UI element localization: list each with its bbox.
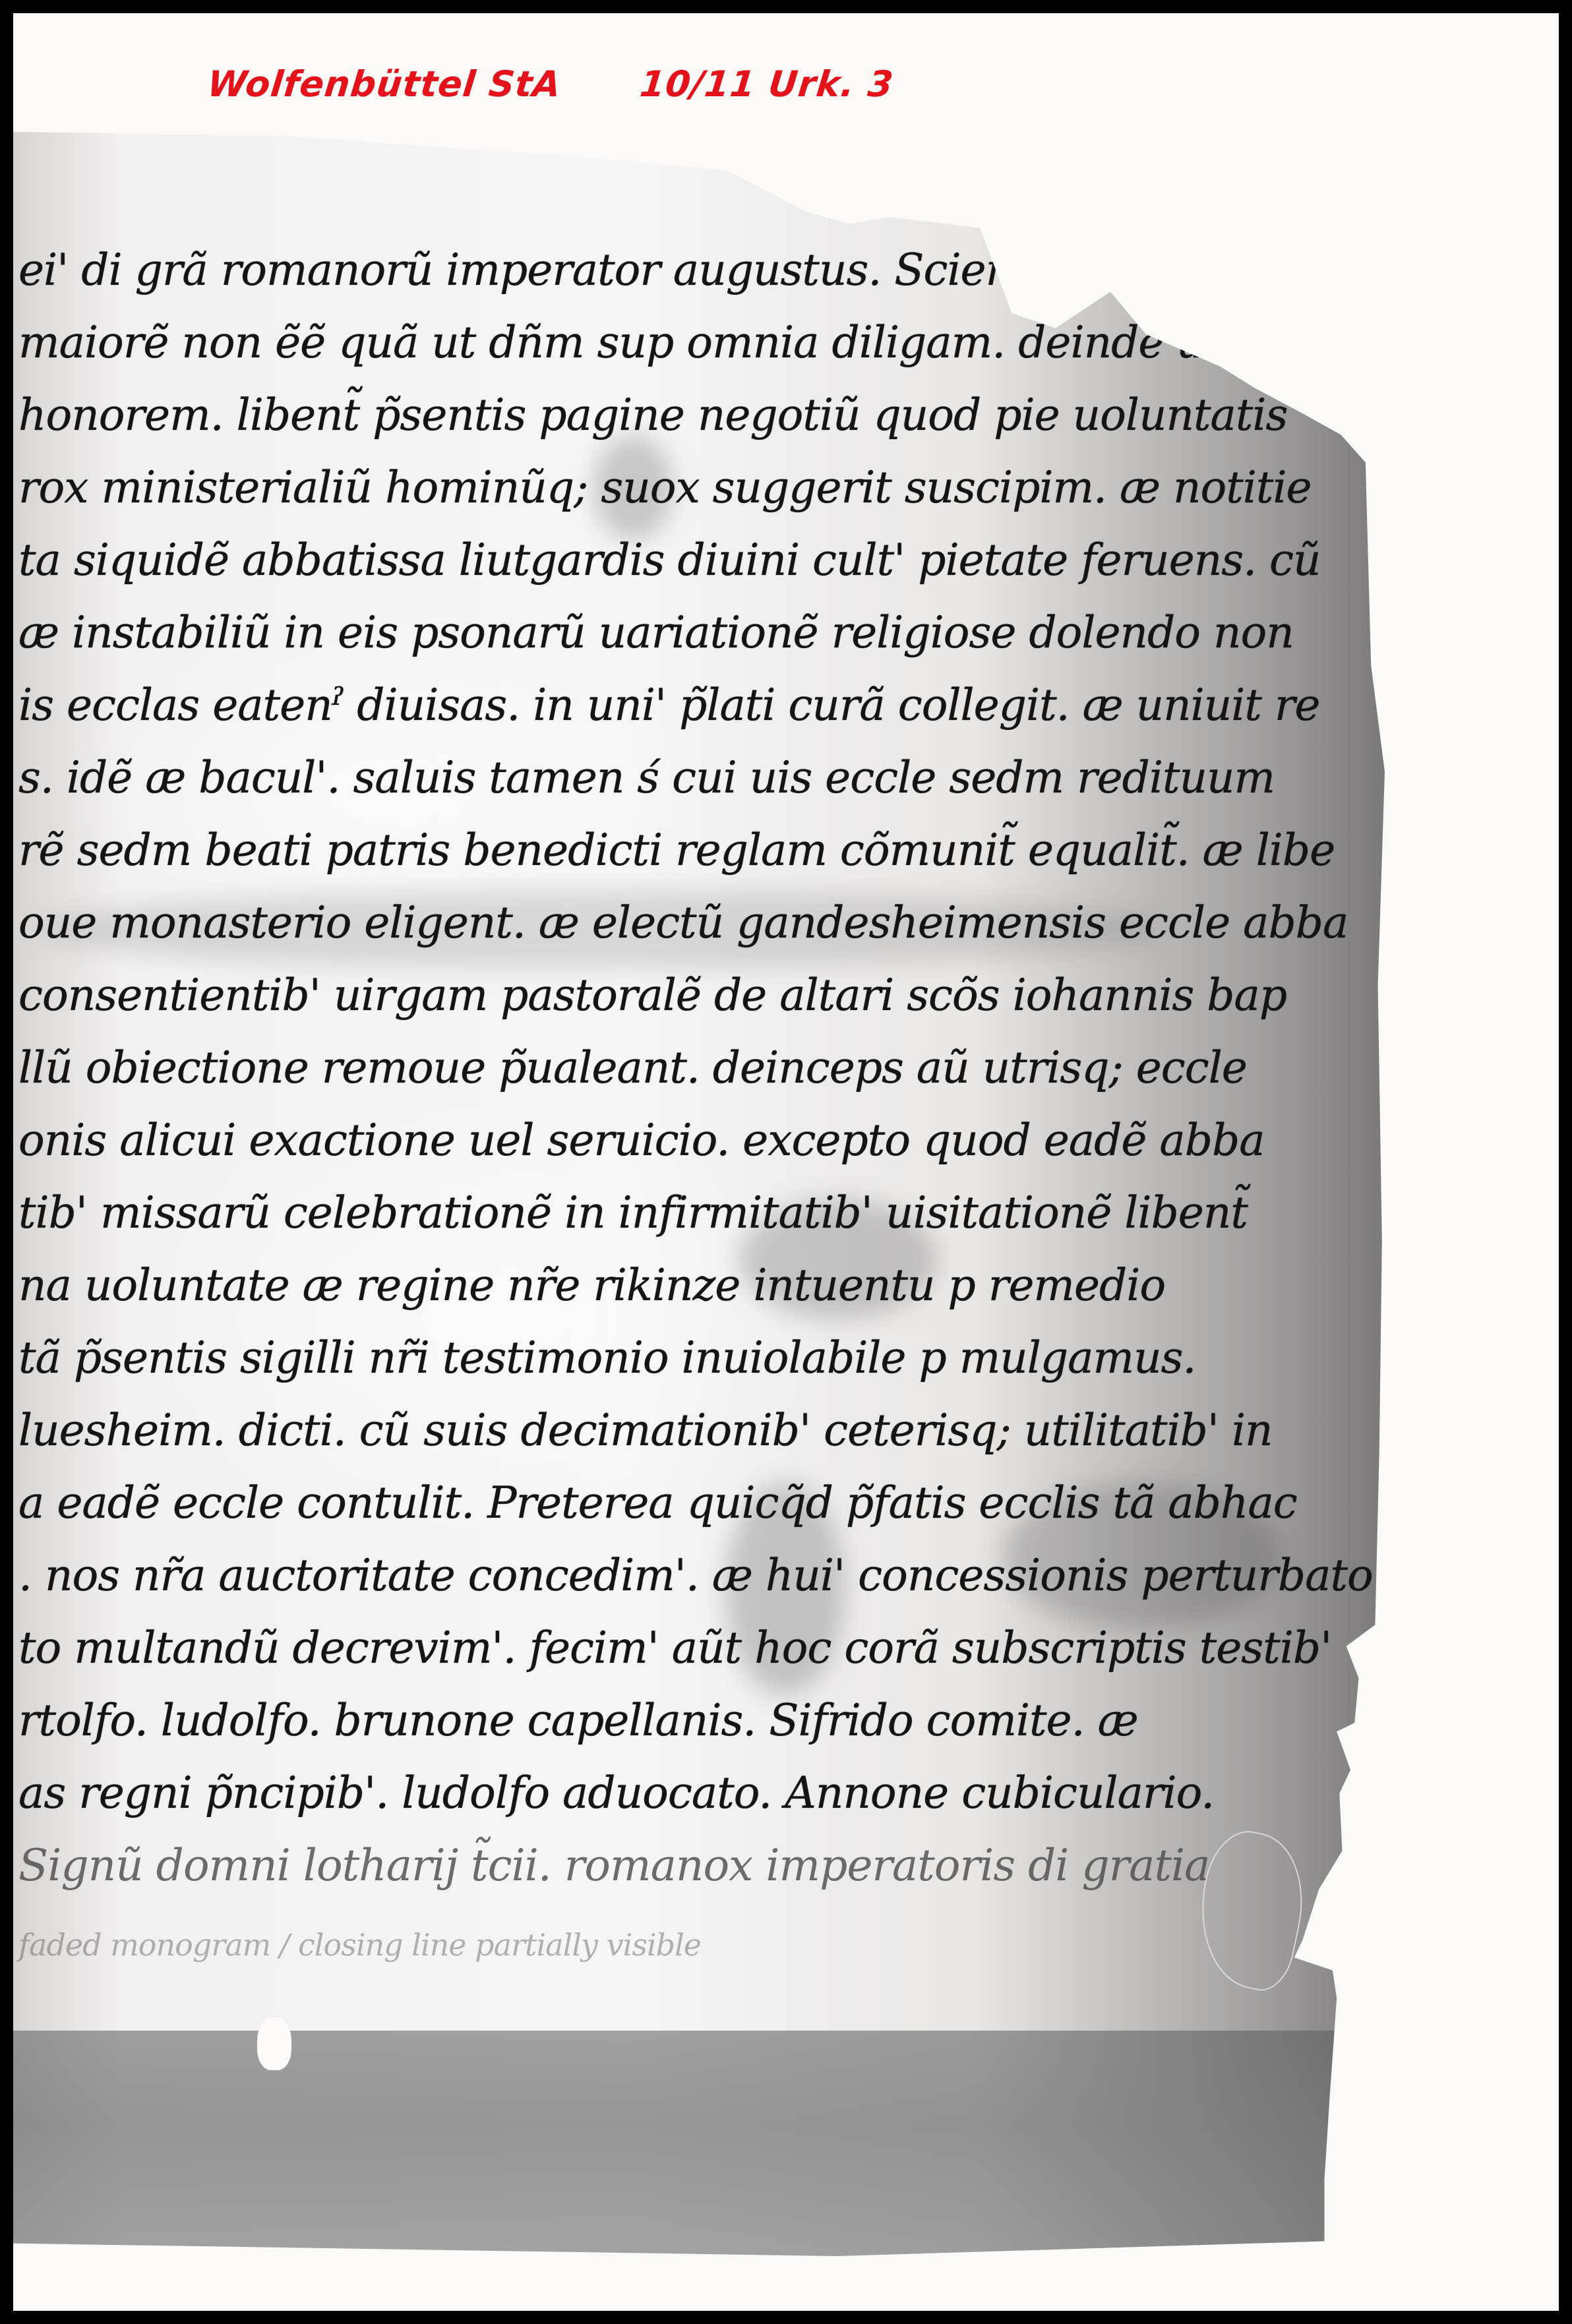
archive-collection-label: Wolfenbüttel StA	[206, 63, 564, 105]
photograph: Wolfenbüttel StA 10/11 Urk. 3 ei' di grã…	[13, 13, 1559, 2311]
text-line: tib' missarũ celebrationẽ in infirmitati…	[18, 1187, 1248, 1239]
text-line: tã p̃sentis sigilli nr̃i testimonio inui…	[18, 1332, 1195, 1385]
text-line: rẽ sedm beati patris benedicti reglam cõ…	[18, 824, 1335, 877]
faded-closing-line: faded monogram / closing line partially …	[18, 1919, 701, 1971]
text-line: s. idẽ æ bacul'. saluis tamen ś cui uis …	[18, 752, 1275, 804]
text-line: rtolfo. ludolfo. brunone capellanis. Sif…	[18, 1694, 1138, 1747]
text-line: æ instabiliũ in eis psonarũ uariationẽ r…	[18, 607, 1294, 659]
parchment-hole	[257, 2017, 291, 2070]
text-line: na uoluntate æ regine nr̃e rikinze intue…	[18, 1259, 1165, 1312]
text-line: to multandũ decrevim'. fecim' aũt hoc co…	[18, 1622, 1331, 1675]
archive-annotation: Wolfenbüttel StA 10/11 Urk. 3	[204, 54, 896, 113]
text-line: Signũ domni lotharij t̃cii. romanox impe…	[18, 1839, 1210, 1892]
text-line: onis alicui exactione uel seruicio. exce…	[18, 1114, 1265, 1167]
archive-signature-label: 10/11 Urk. 3	[638, 63, 896, 105]
text-line: ta siquidẽ abbatissa liutgardis diuini c…	[18, 534, 1321, 587]
lower-parchment-fold	[13, 2031, 1385, 2268]
text-line: as regni p̃ncipib'. ludolfo aduocato. An…	[18, 1767, 1214, 1820]
text-line: consentientib' uirgam pastoralẽ de altar…	[18, 969, 1286, 1022]
text-line: a eadẽ eccle contulit. Preterea quicq̃d …	[18, 1477, 1297, 1530]
text-line: luesheim. dicti. cũ suis decimationib' c…	[18, 1404, 1273, 1457]
text-line: llũ obiectione remoue p̃ualeant. deincep…	[18, 1042, 1247, 1094]
text-line: honorem. libent̃ p̃sentis pagine negotiũ…	[18, 389, 1287, 442]
text-line: ei' di grã romanorũ imperator augustus. …	[18, 244, 1345, 297]
text-line: maiorẽ non ẽẽ quã ut dñm sup omnia dilig…	[18, 316, 1314, 369]
text-line: . nos nr̃a auctoritate concedim'. æ hui'…	[18, 1549, 1373, 1602]
text-line: oue monasterio eligent. æ electũ gandesh…	[18, 897, 1348, 949]
parchment-charter: ei' di grã romanorũ imperator augustus. …	[13, 132, 1385, 2265]
text-line: is ecclas eatenˀ diuisas. in uni' p̃lati…	[18, 679, 1319, 732]
text-line: rox ministerialiũ hominũq; suox suggerit…	[18, 462, 1312, 514]
